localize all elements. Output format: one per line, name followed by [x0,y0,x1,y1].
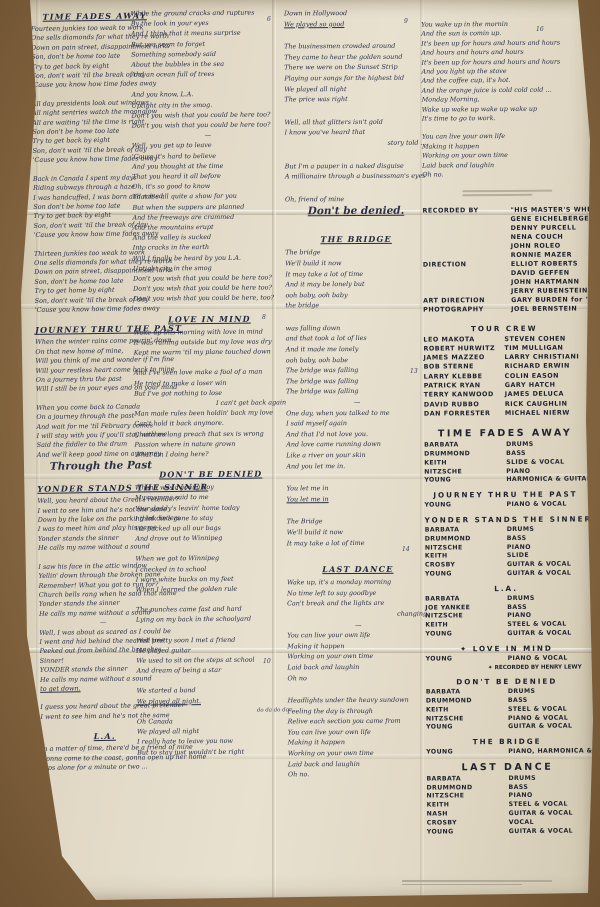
section: THE BRIDGEThe bridgeWe'll build it nowIt… [285,234,429,549]
section: RECORDED BY"HIS MASTER'S WHEELS"GENE EIC… [422,205,585,314]
section: YONDER STANDS THE SINNERBARBATADRUMSDRUM… [425,514,587,579]
lyric-line: But I'm a pauper in a naked disguise [285,160,427,171]
lyric-line: Playing our songs for the highest bid [284,73,426,84]
lyric-line: What am I doing here? [135,448,287,460]
song-title: DON'T BE DENIED [135,468,287,479]
lyric-line: No time left to say goodbye [287,587,429,598]
personnel-note: ✦ RECORDED BY HENRY LEWY [426,664,582,673]
column-2: While the ground cracks and rupturesBy t… [131,7,290,767]
lyric-line: We played all night [284,83,426,94]
fine-print [462,193,532,195]
section: ✦ LOVE IN MINDYOUNGPIANO & VOCAL✦ RECORD… [425,643,587,673]
instrument: PIANO & VOCAL [508,654,588,663]
lyric-line: ooh baby, ooh babe [286,354,428,365]
instrument: GUITAR & VOCAL [507,629,587,638]
instrument: GUITAR & VOCAL [509,827,589,836]
lyric-line: Headlights under the heavy sundown [288,695,430,706]
section [422,189,584,196]
page-number-mark: 16 [536,26,544,33]
crew-name: LARRY KLEBBE [424,372,505,382]
line-gap [287,504,429,517]
instrument: PIANO, HARMONICA & VOCAL [508,747,600,757]
musician-name: YOUNG [426,748,504,757]
song-title: LAST DANCE [426,761,588,773]
section: You wake up in the morninAnd the sun is … [421,19,584,180]
lyric-line: ooh baby, ooh baby [285,289,427,300]
lyric-line: The businessmen crowded around [284,41,426,52]
line-gap [285,181,427,194]
lyric-line: changing. [287,609,429,620]
crew-name: DAN FORRESTER [424,409,505,419]
lyric-line: story told ... [285,138,427,149]
column-4: You wake up in the morninAnd the sun is … [421,19,589,842]
lyric-sheet-paper: TIME FADES AWAYFourteen junkies too weak… [0,0,600,907]
musician-name: YOUNG [427,828,505,837]
lyric-line: Like a river on your skin [286,450,428,461]
musician-name: YOUNG [425,630,503,639]
section: TIME FADES AWAYBARBATADRUMSDRUMMONDBASSK… [424,428,586,486]
column-3: Down in HollywoodWe played so goodThe bu… [284,8,430,797]
song-title: THE BRIDGE [426,737,588,747]
lyric-line: Making it happen [288,737,430,748]
section: LOVE IN MINDWoke up this morning with lo… [133,313,286,460]
lyric-line: I said myself again [286,418,428,429]
lyric-line: You can live your own life [287,630,429,641]
lyric-line: A millionaire through a businessman's ey… [285,171,427,182]
lyric-line: The bridge [285,247,427,258]
musician-name: YOUNG [424,501,502,510]
credit-label: PHOTOGRAPHY [423,304,511,314]
crew-name: LEO MAKOTA [423,335,504,345]
lyric-line: The bridge was falling [286,365,428,376]
page-number-mark: 9 [404,18,408,25]
lyric-line: It may take a lot of time [285,268,427,279]
lyric-line: You let me in [286,493,428,504]
personnel-row: YOUNGPIANO & VOCAL [426,654,588,664]
credit-row: PHOTOGRAPHYJOEL BERNSTEIN [423,304,585,314]
personnel-row: YOUNGGUITAR & VOCAL [427,827,589,837]
crew-name: BOB STERNE [424,362,505,372]
lyric-line: And it made me lonely [286,344,428,355]
page-number-mark: 14 [402,546,410,553]
section: THE BRIDGEYOUNGPIANO, HARMONICA & VOCAL [426,737,588,758]
lyric-line: Can't break and the lights are [287,598,429,609]
personnel-row: YOUNGHARMONICA & GUITAR [424,476,586,486]
song-title: TOUR CREW [423,323,585,333]
song-title: YONDER STANDS THE SINNER [425,514,587,524]
section: LAST DANCEWake up, it's a monday morning… [287,564,430,780]
lyric-line: Making it happen [287,640,429,651]
lyric-line: Churches long preach that sex is wrong [134,428,286,440]
page-number-mark: 6 [267,16,271,23]
lyric-line: The bridge was falling [286,386,428,397]
page-number-mark: 8 [262,314,266,321]
crew-name: PATRICK RYAN [424,381,505,391]
lyric-line: Oh no [287,672,429,683]
line-gap [286,471,428,484]
personnel-row: YOUNGPIANO & VOCAL [424,501,586,511]
personnel-row: YOUNGGUITAR & VOCAL [426,723,588,733]
lyric-line: The bridge was falling [286,375,428,386]
lyric-line: Oh no. [288,769,430,780]
lyric-line: We'll build it now [285,258,427,269]
lyric-line: Oh, friend of mine [285,193,427,204]
lyric-line: do da do do [137,705,289,717]
lyric-line: The price was right [284,94,426,105]
credit-value: GARY BURDEN for "R. TWERK" [511,295,600,305]
lyric-line: Man made rules been holdin' back my love [134,407,286,419]
song-title: DON'T BE DENIED [426,677,588,687]
song-title: LAST DANCE [287,564,429,575]
photo-background: { "poster_title": "TIME FADES AWAY", "co… [0,0,600,907]
fine-print [402,884,522,885]
fine-print [402,880,552,882]
song-title: TIME FADES AWAY [424,428,586,440]
line-gap [284,29,426,42]
instrument: GUITAR & VOCAL [508,723,588,732]
credit-value: JOEL BERNSTEIN [511,304,585,314]
line-gap [284,104,426,117]
lyric-line: You can live your own life [288,726,430,737]
lyric-line: And love came running down [286,439,428,450]
section: DON'T BE DENIEDBARBATADRUMSDRUMMONDBASSK… [426,677,588,733]
lyric-line: One day, when you talked to me [286,407,428,418]
lyric-line: Working on your own time [287,651,429,662]
lyric-line: You let me in [286,483,428,494]
section: DON'T BE DENIEDWhen I was a young boyMy … [135,468,290,757]
lyric-line: — [287,619,429,630]
song-title: THE BRIDGE [285,234,427,245]
lyric-line: Wake up, it's a monday morning [287,577,429,588]
line-gap [286,311,428,324]
page-number-mark: 10 [263,658,271,665]
lyric-line: Working on your own time [288,748,430,759]
crew-name: DAVID RUBBO [424,400,505,410]
musician-name: YOUNG [425,570,503,579]
section: LAST DANCEBARBATADRUMSDRUMMONDBASSNITZSC… [426,761,589,837]
section: TOUR CREWLEO MAKOTASTEVEN COHENROBERT HU… [423,323,586,419]
musician-name: YOUNG [426,655,504,664]
page-number-mark: 13 [410,368,418,375]
song-title: ✦ LOVE IN MIND [425,643,587,653]
lyric-line: It's been up for hours and hours and hou… [421,38,583,49]
lyric-line: Kept me warm 'til my plane touched down [134,346,286,358]
section: While the ground cracks and rupturesBy t… [131,7,286,304]
lyric-line: We'll build it now [287,527,429,538]
lyric-line: was falling down [286,323,428,334]
personnel-row: YOUNGGUITAR & VOCAL [425,569,587,579]
instrument: HARMONICA & GUITAR [506,476,592,485]
crew-name: ROBERT HURWITZ [423,344,504,354]
fine-print [462,189,552,192]
section: JOURNEY THRU THE PASTYOUNGPIANO & VOCAL [424,490,586,511]
lyric-line: Don't you wish that you could be here to… [132,119,284,131]
song-title: L.A. [425,583,587,593]
section: L.A.BARBATADRUMSJOE YANKEEBASSNITZSCHEPI… [425,583,587,639]
lyric-line: It's been up for hours and hours and hou… [421,57,583,68]
section: Down in HollywoodWe played so goodThe bu… [284,8,427,219]
lyric-line: But to stay just wouldn't be right [137,746,289,758]
lyric-line: and that took a lot of lies [286,333,428,344]
lyric-line: — [286,397,428,408]
instrument: PIANO & VOCAL [506,501,586,510]
lyric-line: Laid back and laughin [288,758,430,769]
musician-name: YOUNG [426,723,504,732]
lyric-line: Don't be denied. [285,204,427,219]
lyric-line: Don't you wish that you could be here, t… [133,293,285,305]
crew-name: JAMES MAZZEO [423,353,504,363]
lyric-line: The Bridge [287,516,429,527]
lyric-line: Relive each section you came from [288,716,430,727]
lyric-line: Feeling the day is through [288,705,430,716]
lyric-line: And that I'd not love you. [286,428,428,439]
lyric-line: And it may be lonely but [285,279,427,290]
lyric-line: Laid back and laughin [287,662,429,673]
instrument: GUITAR & VOCAL [507,569,587,578]
lyric-line: Well, all that glitters isn't gold [285,116,427,127]
crew-name: MICHAEL NIERW [505,408,586,418]
lyric-line: There we were on the Sunset Strip [284,62,426,73]
musician-name: YOUNG [424,476,502,485]
crew-name: TERRY KANWOOD [424,390,505,400]
lyric-line: And you let me in. [286,460,428,471]
personnel-row: YOUNGPIANO, HARMONICA & VOCAL [426,748,588,758]
lyric-line: I know you've heard that [285,127,427,138]
lyric-line: They came to hear the golden sound [284,51,426,62]
crew-row: DAN FORRESTERMICHAEL NIERW [424,408,586,418]
line-gap [285,148,427,161]
lyric-line: Oh no. [422,170,584,181]
song-title: JOURNEY THRU THE PAST [424,490,586,500]
line-gap [287,683,429,696]
lyric-line: the bridge [285,300,427,311]
personnel-row: YOUNGGUITAR & VOCAL [425,629,587,639]
